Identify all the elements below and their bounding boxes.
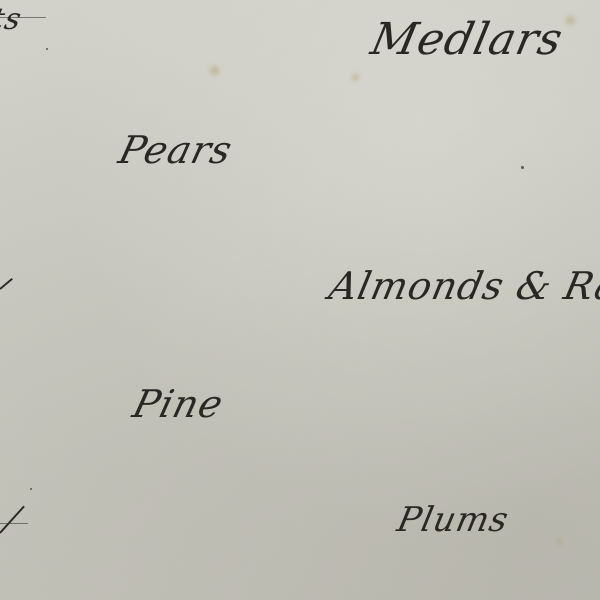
- word-pears: Pears: [115, 128, 238, 172]
- paper-stain: [558, 538, 562, 544]
- word-almonds: Almonds & Ra: [325, 264, 600, 308]
- paper-stain: [352, 74, 359, 81]
- ink-speck: [30, 488, 32, 490]
- paper-stain: [566, 16, 575, 25]
- word-plums: Plums: [394, 500, 513, 540]
- ink-speck: [521, 166, 524, 169]
- fragment-rule-bottom: [0, 523, 28, 524]
- ink-speck: [46, 48, 48, 50]
- word-medlars: Medlars: [367, 14, 568, 65]
- word-pine: Pine: [129, 382, 229, 426]
- paper-stain: [210, 66, 219, 75]
